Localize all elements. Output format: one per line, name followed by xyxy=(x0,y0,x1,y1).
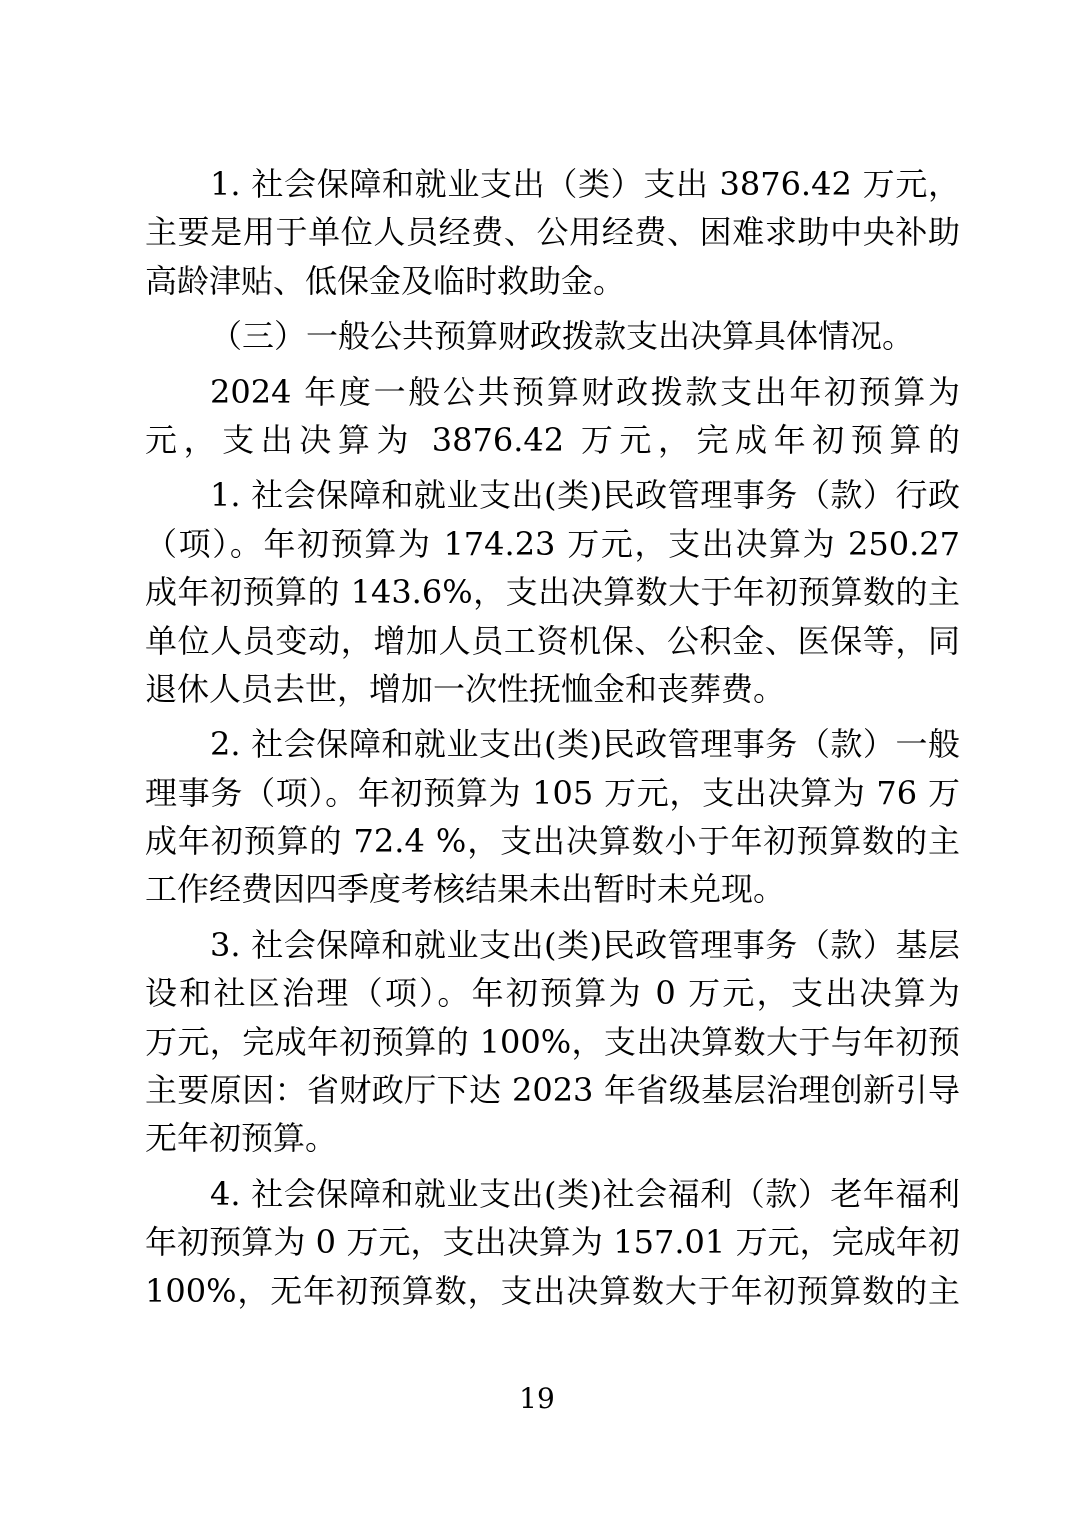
text-line: 成年初预算的 143.6%，支出决算数大于年初预算数的主要原因： xyxy=(145,568,960,616)
text-line: 单位人员变动，增加人员工资机保、公积金、医保等，同时单位 xyxy=(145,617,960,665)
text-line: 元，支出决算为 3876.42 万元，完成年初预算的 1229.7%。其中： xyxy=(145,416,960,464)
page-number: 19 xyxy=(519,1382,555,1415)
text-line: 4. 社会保障和就业支出(类)社会福利（款）老年福利（项）。 xyxy=(145,1170,960,1218)
text-line: 2. 社会保障和就业支出(类)民政管理事务（款）一般行政管 xyxy=(145,720,960,768)
section-heading-line: （三）一般公共预算财政拨款支出决算具体情况。 xyxy=(145,312,960,360)
paragraph: 3. 社会保障和就业支出(类)民政管理事务（款）基层政权建 设和社区治理（项）。… xyxy=(145,921,960,1163)
text-line: 工作经费因四季度考核结果未出暂时未兑现。 xyxy=(145,865,960,913)
paragraph: 1. 社会保障和就业支出（类）支出 3876.42 万元，占 100 %。 主要… xyxy=(145,160,960,305)
text-line: 主要是用于单位人员经费、公用经费、困难求助中央补助资金、 xyxy=(145,208,960,256)
page-footer: 19 xyxy=(0,1384,1074,1414)
text-line: 3. 社会保障和就业支出(类)民政管理事务（款）基层政权建 xyxy=(145,921,960,969)
paragraph: 2024 年度一般公共预算财政拨款支出年初预算为 315.23 万 元，支出决算… xyxy=(145,368,960,465)
text-line: 成年初预算的 72.4 %，支出决算数小于年初预算数的主要原因： xyxy=(145,817,960,865)
text-line: 1. 社会保障和就业支出(类)民政管理事务（款）行政运行 xyxy=(145,471,960,519)
text-line: 设和社区治理（项）。年初预算为 0 万元，支出决算为 126.2 xyxy=(145,969,960,1017)
text-line: 1. 社会保障和就业支出（类）支出 3876.42 万元，占 100 %。 xyxy=(145,160,960,208)
text-line: 万元，完成年初预算的 100%，支出决算数大于与年初预算数的 xyxy=(145,1018,960,1066)
paragraph: 2. 社会保障和就业支出(类)民政管理事务（款）一般行政管 理事务（项）。年初预… xyxy=(145,720,960,914)
text-line: 年初预算为 0 万元，支出决算为 157.01 万元，完成年初预算的 xyxy=(145,1218,960,1266)
text-line: 无年初预算。 xyxy=(145,1114,960,1162)
text-line: 退休人员去世，增加一次性抚恤金和丧葬费。 xyxy=(145,665,960,713)
paragraph: 1. 社会保障和就业支出(类)民政管理事务（款）行政运行 （项）。年初预算为 1… xyxy=(145,471,960,713)
paragraph: （三）一般公共预算财政拨款支出决算具体情况。 xyxy=(145,312,960,360)
paragraph: 4. 社会保障和就业支出(类)社会福利（款）老年福利（项）。 年初预算为 0 万… xyxy=(145,1170,960,1315)
document-body: 1. 社会保障和就业支出（类）支出 3876.42 万元，占 100 %。 主要… xyxy=(145,160,960,1315)
text-line: 理事务（项）。年初预算为 105 万元，支出决算为 76 万元，完 xyxy=(145,769,960,817)
document-page: 1. 社会保障和就业支出（类）支出 3876.42 万元，占 100 %。 主要… xyxy=(0,0,1074,1520)
text-line: 高龄津贴、低保金及临时救助金。 xyxy=(145,257,960,305)
text-line: 100%，无年初预算数，支出决算数大于年初预算数的主要原因： xyxy=(145,1267,960,1315)
text-line: 主要原因：省财政厅下达 2023 年省级基层治理创新引导资金， xyxy=(145,1066,960,1114)
text-line: （项）。年初预算为 174.23 万元，支出决算为 250.27 万元，完 xyxy=(145,520,960,568)
text-line: 2024 年度一般公共预算财政拨款支出年初预算为 315.23 万 xyxy=(145,368,960,416)
